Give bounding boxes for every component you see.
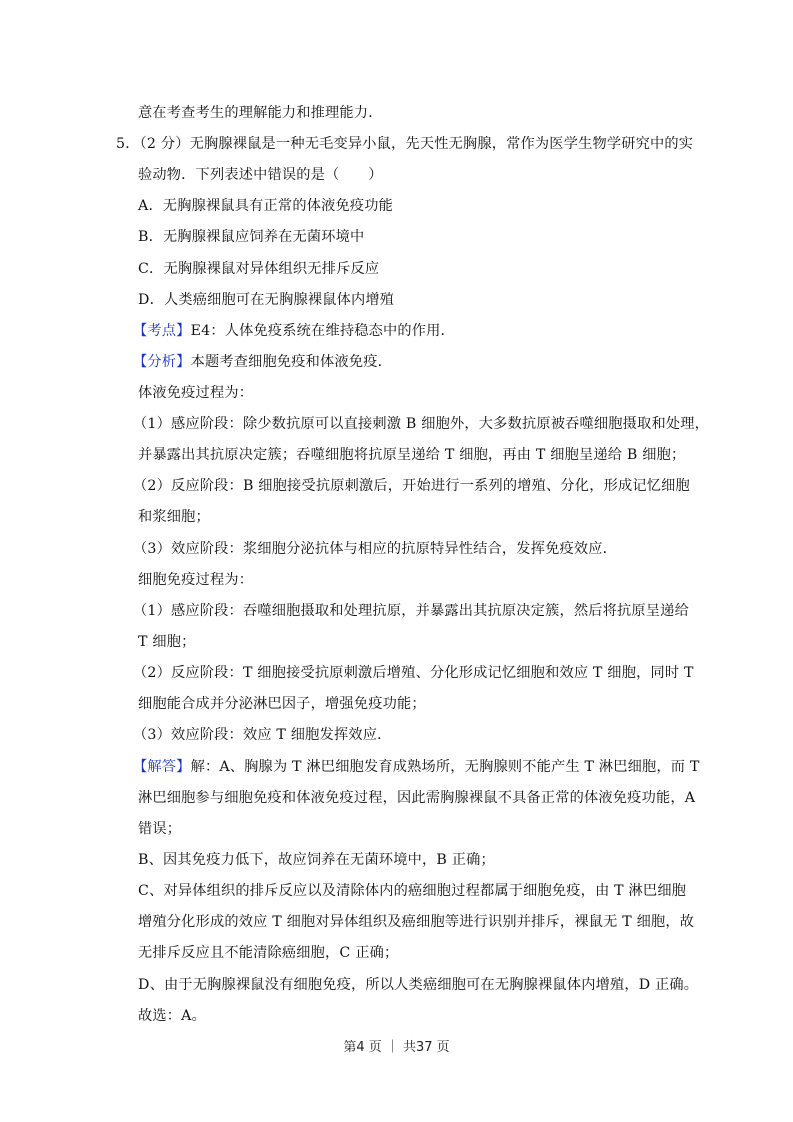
- solution-line: 无排斥反应且不能清除癌细胞，C 正确；: [138, 944, 398, 962]
- page-footer: 第4 页 ｜ 共37 页: [0, 1036, 793, 1055]
- analysis-line: （1）感应阶段：吞噬细胞摄取和处理抗原，并暴露出其抗原决定簇，然后将抗原呈递给: [133, 602, 689, 620]
- jieda-row: 【解答】解：A、胸腺为 T 淋巴细胞发育成熟场所，无胸腺则不能产生 T 淋巴细胞…: [133, 758, 700, 776]
- document-page: 意在考查考生的理解能力和推理能力． 5．（2 分）无胸腺裸鼠是一种无毛变异小鼠，…: [0, 0, 793, 1122]
- analysis-line: （1）感应阶段：除少数抗原可以直接刺激 B 细胞外，大多数抗原被吞噬细胞摄取和处…: [133, 415, 709, 433]
- jieda-text: 解：A、胸腺为 T 淋巴细胞发育成熟场所，无胸腺则不能产生 T 淋巴细胞，而 T: [191, 759, 700, 775]
- option-a: A．无胸腺裸鼠具有正常的体液免疫功能: [138, 197, 393, 215]
- analysis-line: （2）反应阶段：B 细胞接受抗原刺激后，开始进行一系列的增殖、分化，形成记忆细胞: [133, 477, 690, 495]
- analysis-line: （2）反应阶段：T 细胞接受抗原刺激后增殖、分化形成记忆细胞和效应 T 细胞，同…: [133, 664, 694, 682]
- kaodian-text: E4：人体免疫系统在维持稳态中的作用．: [191, 323, 455, 339]
- option-d: D．人类癌细胞可在无胸腺裸鼠体内增殖: [138, 291, 394, 309]
- analysis-line: 和浆细胞；: [138, 508, 210, 526]
- solution-line: 错误；: [138, 820, 181, 838]
- question-stem-line-2: 验动物．下列表述中错误的是（ ）: [138, 166, 383, 184]
- prev-answer-tail: 意在考查考生的理解能力和推理能力．: [138, 104, 383, 122]
- solution-line: B、因其免疫力低下，故应饲养在无菌环境中，B 正确；: [138, 851, 495, 869]
- fenxi-label: 【分析】: [133, 354, 191, 370]
- kaodian-row: 【考点】E4：人体免疫系统在维持稳态中的作用．: [133, 322, 455, 340]
- fenxi-text: 本题考查细胞免疫和体液免疫．: [191, 354, 392, 370]
- analysis-line: 细胞能合成并分泌淋巴因子，增强免疫功能；: [138, 695, 426, 713]
- analysis-line: 体液免疫过程为：: [138, 384, 253, 402]
- analysis-line: 并暴露出其抗原决定簇；吞噬细胞将抗原呈递给 T 细胞，再由 T 细胞呈递给 B …: [138, 446, 685, 464]
- option-c: C．无胸腺裸鼠对异体组织无排斥反应: [138, 260, 379, 278]
- solution-line: C、对异体组织的排斥反应以及清除体内的癌细胞过程都属于细胞免疫，由 T 淋巴细胞: [138, 882, 686, 900]
- fenxi-row: 【分析】本题考查细胞免疫和体液免疫．: [133, 353, 392, 371]
- question-stem-line-1: 5．（2 分）无胸腺裸鼠是一种无毛变异小鼠，先天性无胸腺，常作为医学生物学研究中…: [116, 135, 693, 153]
- option-b: B．无胸腺裸鼠应饲养在无菌环境中: [138, 228, 364, 246]
- analysis-line: （3）效应阶段：效应 T 细胞发挥效应．: [133, 726, 392, 744]
- analysis-line: 细胞免疫过程为：: [138, 571, 253, 589]
- kaodian-label: 【考点】: [133, 323, 191, 339]
- solution-line: D、由于无胸腺裸鼠没有细胞免疫，所以人类癌细胞可在无胸腺裸鼠体内增殖，D 正确。: [138, 976, 698, 994]
- jieda-label: 【解答】: [133, 759, 191, 775]
- final-answer: 故选：A。: [138, 1007, 206, 1025]
- solution-line: 淋巴细胞参与细胞免疫和体液免疫过程，因此需胸腺裸鼠不具备正常的体液免疫功能，A: [138, 789, 695, 807]
- solution-line: 增殖分化形成的效应 T 细胞对异体组织及癌细胞等进行识别并排斥，裸鼠无 T 细胞…: [138, 913, 694, 931]
- analysis-line: T 细胞；: [138, 633, 196, 651]
- analysis-line: （3）效应阶段：浆细胞分泌抗体与相应的抗原特异性结合，发挥免疫效应．: [133, 540, 617, 558]
